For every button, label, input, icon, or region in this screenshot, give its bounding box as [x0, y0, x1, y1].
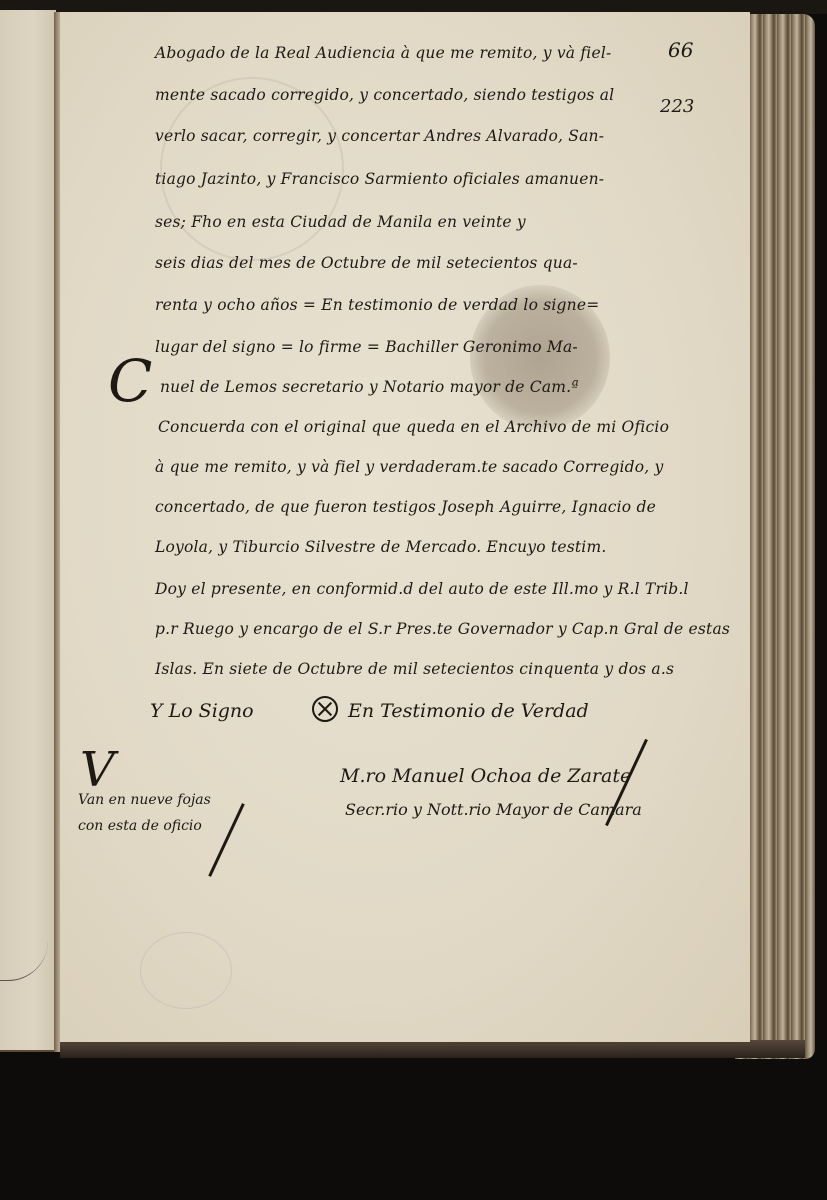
text-line: Abogado de la Real Audiencia à que me re… [155, 44, 611, 62]
manuscript-page [60, 12, 750, 1045]
left-facing-page [0, 10, 56, 1052]
text-line: Doy el presente, en conformid.d del auto… [155, 580, 689, 598]
text-line: p.r Ruego y encargo de el S.r Pres.te Go… [155, 620, 730, 638]
margin-note-line: con esta de oficio [78, 818, 202, 834]
signature-title: Secr.rio y Nott.rio Mayor de Camara [345, 800, 642, 819]
folio-number-second: 223 [660, 96, 694, 117]
closing-left: Y Lo Signo [150, 700, 254, 722]
text-line: lugar del signo = lo firme = Bachiller G… [155, 338, 578, 356]
closing-right: En Testimonio de Verdad [348, 700, 589, 722]
text-line: Islas. En siete de Octubre de mil seteci… [155, 660, 674, 678]
text-line: concertado, de que fueron testigos Josep… [155, 498, 656, 516]
text-line: Loyola, y Tiburcio Silvestre de Mercado.… [155, 538, 607, 556]
margin-initial-v: V [80, 742, 115, 798]
text-line: ses; Fho en esta Ciudad de Manila en vei… [155, 213, 526, 231]
text-line: verlo sacar, corregir, y concertar Andre… [155, 127, 604, 145]
text-line: à que me remito, y và fiel y verdaderam.… [155, 458, 664, 476]
faint-circle-mark [140, 932, 232, 1009]
margin-note-line: Van en nueve fojas [78, 792, 211, 808]
text-line: tiago Jazinto, y Francisco Sarmiento ofi… [155, 170, 604, 188]
text-line: Concuerda con el original que queda en e… [158, 418, 669, 436]
text-line: renta y ocho años = En testimonio de ver… [155, 296, 599, 314]
text-line: nuel de Lemos secretario y Notario mayor… [160, 378, 579, 396]
initial-capital-c: C [108, 352, 152, 410]
faint-seal-icon [160, 77, 344, 261]
folio-number-top: 66 [668, 38, 693, 62]
text-line: mente sacado corregido, y concertado, si… [155, 86, 614, 104]
text-line: seis dias del mes de Octubre de mil sete… [155, 254, 578, 272]
signature-name: M.ro Manuel Ochoa de Zarate [340, 765, 631, 787]
notarial-signum-icon [312, 696, 338, 722]
